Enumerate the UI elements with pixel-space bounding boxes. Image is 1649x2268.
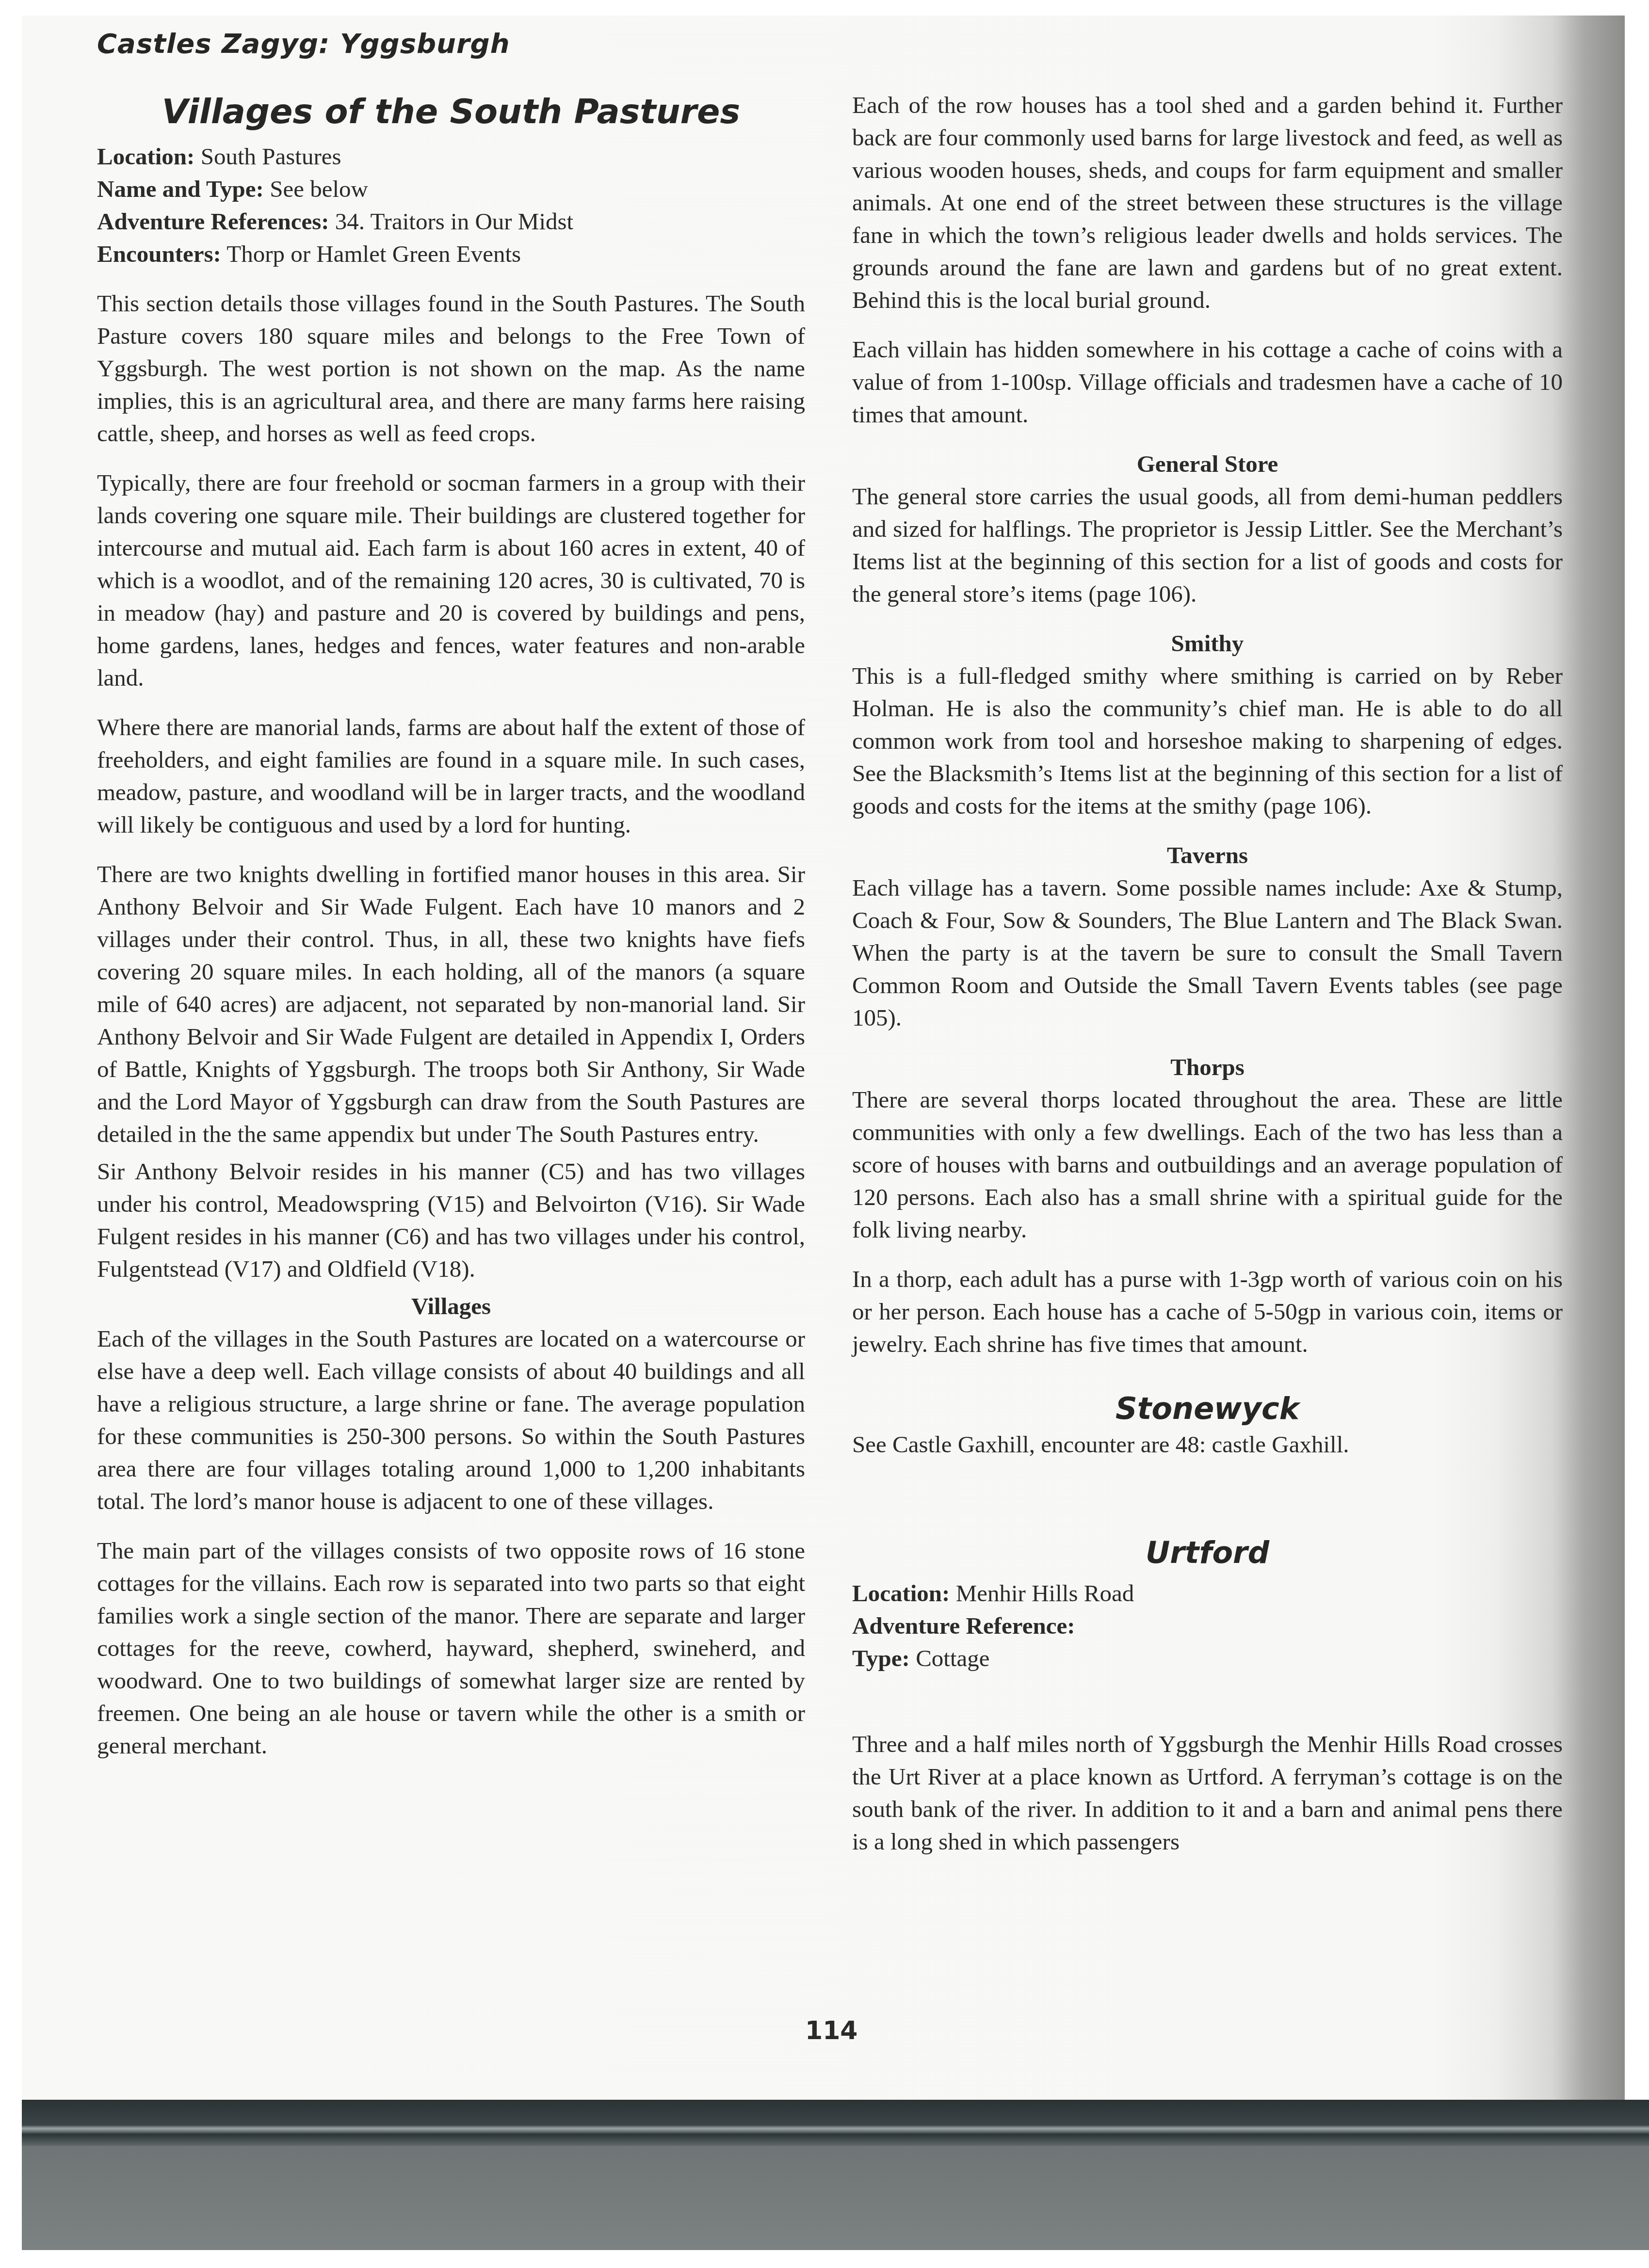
page-number: 114 bbox=[805, 2016, 858, 2045]
paragraph: See Castle Gaxhill, encounter are 48: ca… bbox=[852, 1428, 1563, 1461]
paragraph: There are two knights dwelling in fortif… bbox=[97, 858, 805, 1150]
paragraph: Sir Anthony Belvoir resides in his manne… bbox=[97, 1155, 805, 1285]
subheading-general-store: General Store bbox=[852, 448, 1563, 480]
meta-label: Location: bbox=[97, 143, 194, 170]
paragraph: Each of the villages in the South Pastur… bbox=[97, 1322, 805, 1517]
meta-location: Location: South Pastures bbox=[97, 140, 805, 173]
subheading-thorps: Thorps bbox=[852, 1051, 1563, 1083]
paragraph: There are several thorps located through… bbox=[852, 1083, 1563, 1246]
paragraph: Typically, there are four freehold or so… bbox=[97, 466, 805, 694]
meta-adventure-references: Adventure References: 34. Traitors in Ou… bbox=[97, 205, 805, 238]
meta-encounters: Encounters: Thorp or Hamlet Green Events bbox=[97, 238, 805, 270]
meta-label: Adventure References: bbox=[97, 208, 329, 235]
scanner-book-edge bbox=[22, 2100, 1649, 2146]
scanner-background bbox=[22, 2146, 1649, 2250]
subheading-villages: Villages bbox=[97, 1290, 805, 1322]
paragraph: In a thorp, each adult has a purse with … bbox=[852, 1263, 1563, 1360]
paragraph: This section details those villages foun… bbox=[97, 287, 805, 450]
meta-label: Adventure Reference: bbox=[852, 1612, 1075, 1639]
meta-label: Name and Type: bbox=[97, 176, 264, 202]
meta-value: 34. Traitors in Our Midst bbox=[329, 208, 574, 235]
running-head: Castles Zagyg: Yggsburgh bbox=[97, 28, 510, 60]
meta-label: Location: bbox=[852, 1580, 950, 1607]
meta-value: Menhir Hills Road bbox=[950, 1580, 1134, 1607]
right-column: Each of the row houses has a tool shed a… bbox=[852, 89, 1563, 1875]
paragraph: Where there are manorial lands, farms ar… bbox=[97, 711, 805, 841]
meta-block: Location: Menhir Hills Road Adventure Re… bbox=[852, 1577, 1563, 1674]
meta-value: Cottage bbox=[910, 1645, 990, 1672]
meta-value: South Pastures bbox=[194, 143, 341, 170]
subheading-smithy: Smithy bbox=[852, 627, 1563, 659]
meta-name-type: Name and Type: See below bbox=[97, 173, 805, 205]
spacer bbox=[97, 270, 805, 287]
paragraph: Three and a half miles north of Yggsburg… bbox=[852, 1728, 1563, 1858]
paragraph: This is a full-fledged smithy where smit… bbox=[852, 659, 1563, 822]
paragraph: Each villain has hidden somewhere in his… bbox=[852, 333, 1563, 431]
spacer bbox=[852, 1674, 1563, 1728]
meta-type: Type: Cottage bbox=[852, 1642, 1563, 1674]
left-column: Villages of the South Pastures Location:… bbox=[97, 90, 805, 1779]
meta-label: Type: bbox=[852, 1645, 910, 1672]
meta-block: Location: South Pastures Name and Type: … bbox=[97, 140, 805, 270]
paragraph: Each village has a tavern. Some possible… bbox=[852, 871, 1563, 1034]
paragraph: The general store carries the usual good… bbox=[852, 480, 1563, 610]
meta-label: Encounters: bbox=[97, 241, 221, 267]
section-title-stonewyck: Stonewyck bbox=[852, 1389, 1563, 1428]
meta-location: Location: Menhir Hills Road bbox=[852, 1577, 1563, 1609]
section-title-urtford: Urtford bbox=[852, 1533, 1563, 1572]
paragraph: The main part of the villages consists o… bbox=[97, 1534, 805, 1762]
subheading-taverns: Taverns bbox=[852, 839, 1563, 871]
meta-value: Thorp or Hamlet Green Events bbox=[221, 241, 521, 267]
meta-value: See below bbox=[264, 176, 368, 202]
paragraph: Each of the row houses has a tool shed a… bbox=[852, 89, 1563, 316]
section-title-villages: Villages of the South Pastures bbox=[97, 90, 805, 133]
meta-adventure-reference: Adventure Reference: bbox=[852, 1609, 1563, 1642]
